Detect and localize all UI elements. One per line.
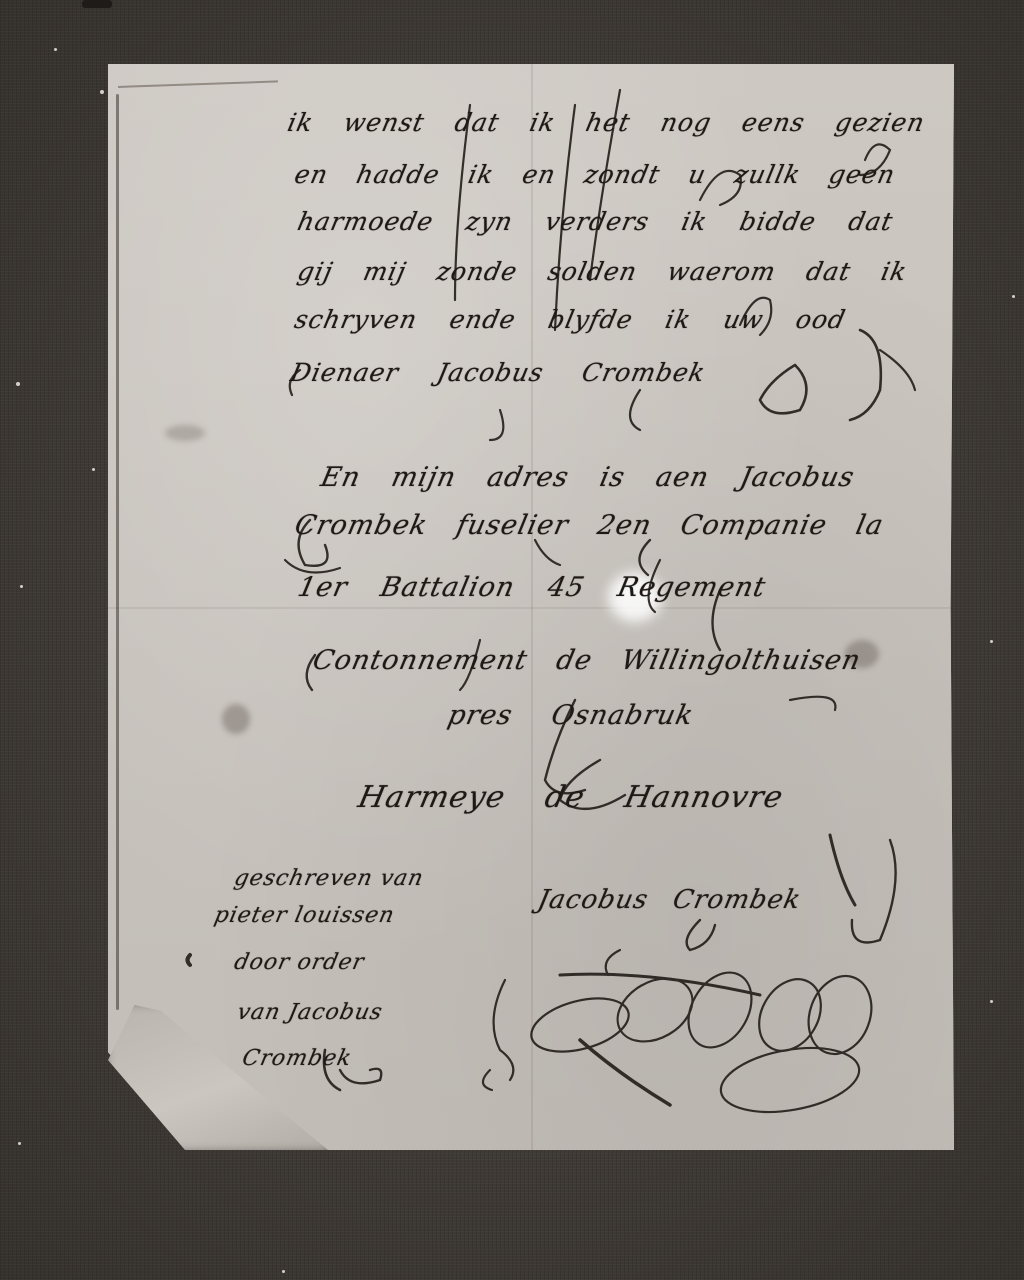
scribe-line: Crombek (240, 1046, 354, 1071)
signature: Jacobus Crombek (535, 885, 804, 915)
address-line: Crombek fuselier 2en Companie la (292, 510, 887, 541)
dust-speck (18, 1142, 21, 1145)
dust-speck (20, 585, 23, 588)
letter-line: gij mij zonde solden waerom dat ik (295, 257, 910, 286)
dust-speck (92, 468, 95, 471)
scribe-line: door order (232, 950, 367, 975)
dust-speck (16, 382, 20, 386)
dust-speck (990, 1000, 993, 1003)
letter-line: en hadde ik en zondt u zullk geen (292, 160, 898, 189)
dust-speck (54, 48, 57, 51)
paper-edge-shadow (118, 80, 278, 88)
scribe-line: van Jacobus (235, 1000, 385, 1025)
dust-speck (100, 90, 104, 94)
ink-stain (222, 704, 250, 734)
address-line: En mijn adres is aen Jacobus (318, 462, 858, 493)
paper-edge-shadow (116, 94, 119, 1010)
letter-line: harmoede zyn verders ik bidde dat (295, 207, 896, 236)
dust-speck (282, 1270, 285, 1273)
scribe-line: pieter louissen (212, 903, 397, 928)
address-line: pres Osnabruk (445, 700, 697, 731)
letter-line: schryven ende blyfde ik uw ood (292, 305, 849, 334)
paper-stain (165, 425, 205, 441)
address-line: Contonnement de Willingolthuisen (310, 645, 864, 676)
letter-line: ik wenst dat ik het nog eens gezien (285, 108, 928, 137)
cloth-mark (82, 0, 112, 8)
address-line: Harmeye de Hannovre (355, 780, 787, 815)
dust-speck (990, 640, 993, 643)
address-line: 1er Battalion 45 Regement (295, 572, 769, 603)
dust-speck (1012, 295, 1015, 298)
fold-crease-horizontal (108, 607, 954, 609)
letter-closing-signature: Dienaer Jacobus Crombek (288, 358, 708, 387)
scribe-line: geschreven van (232, 866, 426, 891)
